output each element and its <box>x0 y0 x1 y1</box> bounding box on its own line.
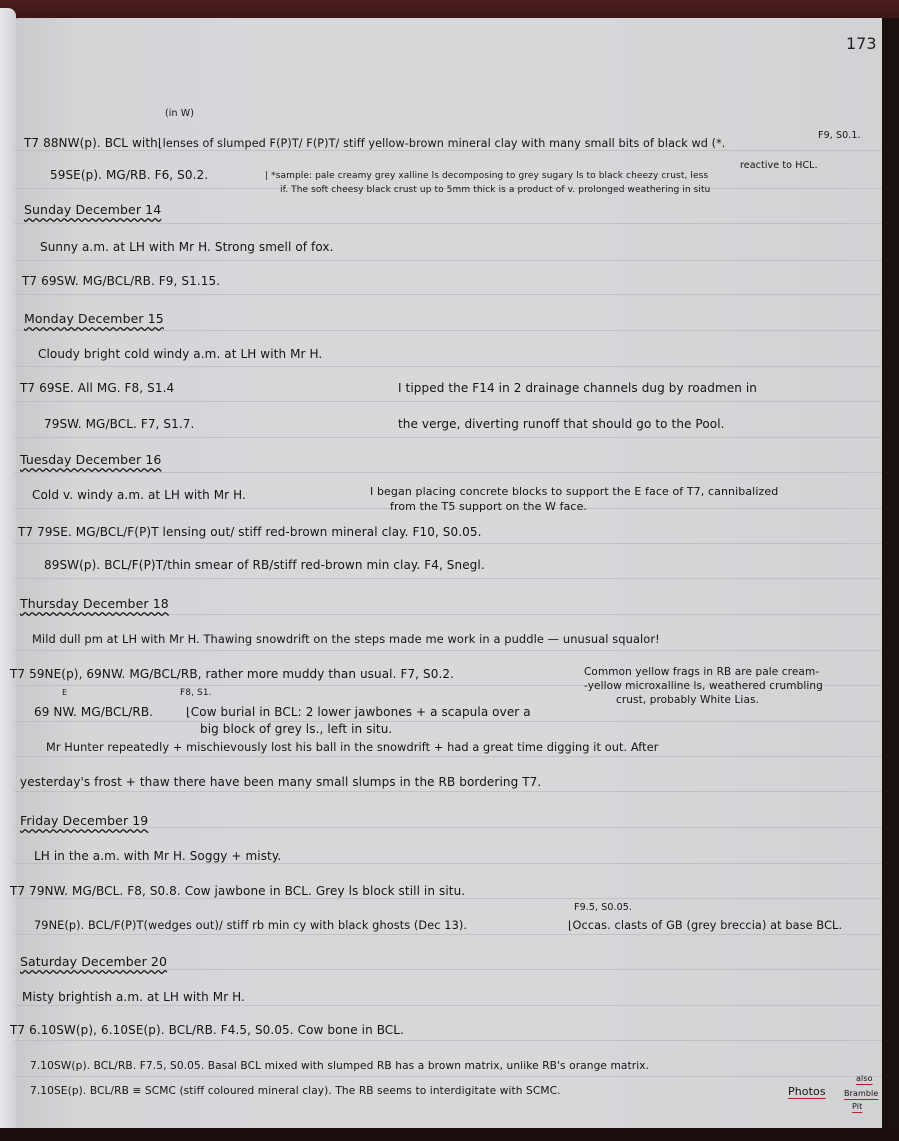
weather-note-dec19: LH in the a.m. with Mr H. Soggy + misty. <box>34 849 281 863</box>
concrete-blocks-note-line1: I began placing concrete blocks to suppo… <box>370 485 778 498</box>
cow-burial-note-line1: ⌊Cow burial in BCL: 2 lower jawbones + a… <box>186 705 531 719</box>
weather-note-dec15: Cloudy bright cold windy a.m. at LH with… <box>38 347 322 361</box>
page-number: 173 <box>846 34 877 53</box>
concrete-blocks-note-line2: from the T5 support on the W face. <box>390 500 587 513</box>
trench-record-79sw: 79SW. MG/BCL. F7, S1.7. <box>44 417 194 431</box>
drainage-note-line2: the verge, diverting runoff that should … <box>398 417 725 431</box>
cow-burial-note-line2: big block of grey ls., left in situ. <box>200 722 392 736</box>
ruled-line <box>14 863 882 864</box>
ruled-line <box>14 721 882 722</box>
ruled-line <box>14 294 882 295</box>
trench-record-59se: 59SE(p). MG/RB. F6, S0.2. <box>50 168 208 182</box>
ruled-line <box>14 472 882 473</box>
ruled-line <box>14 401 882 402</box>
ruled-line <box>14 223 882 224</box>
annotation-in-w: (in W) <box>165 108 194 119</box>
date-heading-dec18: Thursday December 18 <box>20 596 169 611</box>
ruled-line <box>14 260 882 261</box>
trench-record-710se: 7.10SE(p). BCL/RB ≡ SCMC (stiff coloured… <box>30 1085 561 1097</box>
ruled-line <box>14 150 882 151</box>
date-heading-dec19: Friday December 19 <box>20 813 148 828</box>
trench-record-59ne: T7 59NE(p), 69NW. MG/BCL/RB, rather more… <box>10 667 454 681</box>
weather-note-dec20: Misty brightish a.m. at LH with Mr H. <box>22 990 245 1004</box>
binding-right <box>882 18 899 1141</box>
binding-bottom <box>0 1128 899 1141</box>
mr-hunter-note-line1: Mr Hunter repeatedly + mischievously los… <box>46 741 659 754</box>
trench-record-69se: T7 69SE. All MG. F8, S1.4 <box>20 381 174 395</box>
ruled-line <box>14 1076 882 1077</box>
weather-note-dec18: Mild dull pm at LH with Mr H. Thawing sn… <box>32 632 660 646</box>
trench-record-desc: lenses of slumped F(P)T/ F(P)T/ stiff ye… <box>163 137 726 150</box>
ruled-line <box>14 791 882 792</box>
direction-correction-e: E <box>62 688 67 697</box>
grey-breccia-note: ⌊Occas. clasts of GB (grey breccia) at b… <box>568 919 842 932</box>
mr-hunter-note-line2: yesterday's frost + thaw there have been… <box>20 775 541 789</box>
sample-note-line1: | *sample: pale creamy grey xalline ls d… <box>265 171 708 181</box>
left-page-edge <box>0 8 16 1141</box>
trench-record-79nw: T7 79NW. MG/BCL. F8, S0.8. Cow jawbone i… <box>10 884 465 898</box>
trench-record-label: T7 88NW(p). BCL with <box>24 136 158 150</box>
find-count-69nw: F8, S1. <box>180 688 212 698</box>
trench-record-69sw: T7 69SW. MG/BCL/RB. F9, S1.15. <box>22 274 220 288</box>
ruled-line <box>14 969 882 970</box>
yellow-frags-note-line3: crust, probably White Lias. <box>616 694 759 706</box>
sample-note-line2: if. The soft cheesy black crust up to 5m… <box>280 185 710 195</box>
find-count-79ne: F9.5, S0.05. <box>574 902 632 913</box>
trench-record-710sw: 7.10SW(p). BCL/RB. F7.5, S0.05. Basal BC… <box>30 1060 649 1072</box>
yellow-frags-note-line1: Common yellow frags in RB are pale cream… <box>584 666 819 678</box>
date-heading-dec20: Saturday December 20 <box>20 954 167 969</box>
bracket-mark: | <box>265 171 268 181</box>
ruled-line <box>14 756 882 757</box>
yellow-frags-note-line2: -yellow microxalline ls, weathered crumb… <box>584 680 823 692</box>
drainage-note-line1: I tipped the F14 in 2 drainage channels … <box>398 381 757 395</box>
weather-note-dec16: Cold v. windy a.m. at LH with Mr H. <box>32 488 246 502</box>
ruled-line <box>14 543 882 544</box>
trench-record-88nw: T7 88NW(p). BCL with⌊lenses of slumped F… <box>24 136 725 150</box>
ruled-line <box>14 934 882 935</box>
photos-note: Photos <box>788 1085 826 1098</box>
date-heading-dec16: Tuesday December 16 <box>20 452 161 467</box>
ruled-line <box>14 650 882 651</box>
trench-record-79se: T7 79SE. MG/BCL/F(P)T lensing out/ stiff… <box>18 525 482 539</box>
pit-note: Pit <box>852 1102 862 1111</box>
trench-record-69nw: 69 NW. MG/BCL/RB. <box>34 705 153 719</box>
ruled-line <box>14 1040 882 1041</box>
date-heading-dec15: Monday December 15 <box>24 311 164 326</box>
ruled-line <box>14 366 882 367</box>
date-heading-dec14: Sunday December 14 <box>24 202 161 217</box>
note-reactive-hcl: reactive to HCL. <box>740 160 818 171</box>
bramble-note: Bramble <box>844 1089 878 1098</box>
ruled-line <box>14 614 882 615</box>
trench-record-89sw: 89SW(p). BCL/F(P)T/thin smear of RB/stif… <box>44 558 485 572</box>
ruled-line <box>14 898 882 899</box>
ruled-line <box>14 578 882 579</box>
ruled-line <box>14 437 882 438</box>
trench-record-79ne: 79NE(p). BCL/F(P)T(wedges out)/ stiff rb… <box>34 919 467 932</box>
find-count-88nw: F9, S0.1. <box>818 130 861 141</box>
photos-also-note: also <box>856 1074 873 1083</box>
weather-note-dec14: Sunny a.m. at LH with Mr H. Strong smell… <box>40 240 334 254</box>
ruled-line <box>14 330 882 331</box>
ruled-line <box>14 1005 882 1006</box>
trench-record-610sw: T7 6.10SW(p), 6.10SE(p). BCL/RB. F4.5, S… <box>10 1023 404 1037</box>
